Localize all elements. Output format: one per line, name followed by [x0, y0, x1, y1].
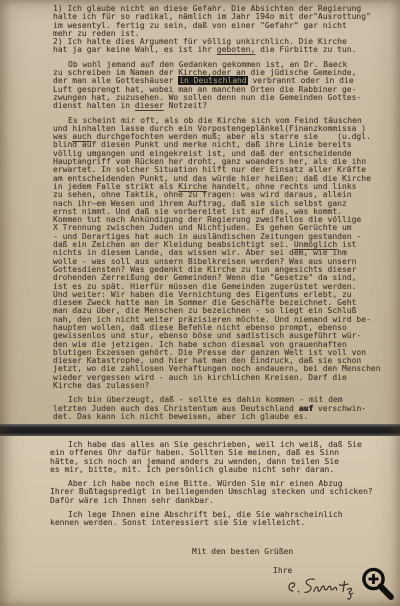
- paragraph: Ich lege Ihnen eine Abschrift bei, die S…: [50, 511, 396, 528]
- paragraph: Es scheint mir oft, als ob die Kirche si…: [53, 117, 395, 391]
- text-line: dienst halten in dieser Notzeit?: [53, 102, 395, 110]
- letter-body-bottom: Ich habe das alles an Sie geschrieben, w…: [50, 441, 396, 534]
- paragraph: Aber ich habe noch eine Bitte. Würden Si…: [50, 480, 396, 505]
- text-line: kennen werden. Sonst interessiert sie Si…: [50, 519, 396, 527]
- text-line: Dafür wäre ich Ihnen sehr dankbar.: [50, 497, 396, 505]
- underlined-text: dieser: [135, 101, 164, 110]
- text-line: es mir, bitte, mit. Ich persönlich glaub…: [50, 466, 396, 474]
- scanned-letter-page: 1) Ich glaube nicht an diese Gefahr. Die…: [0, 0, 400, 606]
- paragraph: Ich habe das alles an Sie geschrieben, w…: [50, 441, 396, 474]
- paragraph: Ich bin überzeugt, daß - sollte es dahin…: [53, 396, 395, 421]
- paragraph: Ob wohl jemand auf den Gedanken gekommen…: [53, 61, 395, 111]
- text-line: Kirche das zulassen?: [53, 382, 395, 390]
- text-line: det. Das kann ich nicht beweisen, aber i…: [53, 413, 395, 421]
- zoom-icon[interactable]: [356, 564, 396, 604]
- paragraph: 1) Ich glaube nicht an diese Gefahr. Die…: [53, 5, 395, 55]
- letter-body-top: 1) Ich glaube nicht an diese Gefahr. Die…: [53, 5, 395, 427]
- text-line: hat ja gar keine Wahl, es ist ihr gebote…: [53, 46, 395, 54]
- underlined-text: geboten,: [217, 45, 256, 54]
